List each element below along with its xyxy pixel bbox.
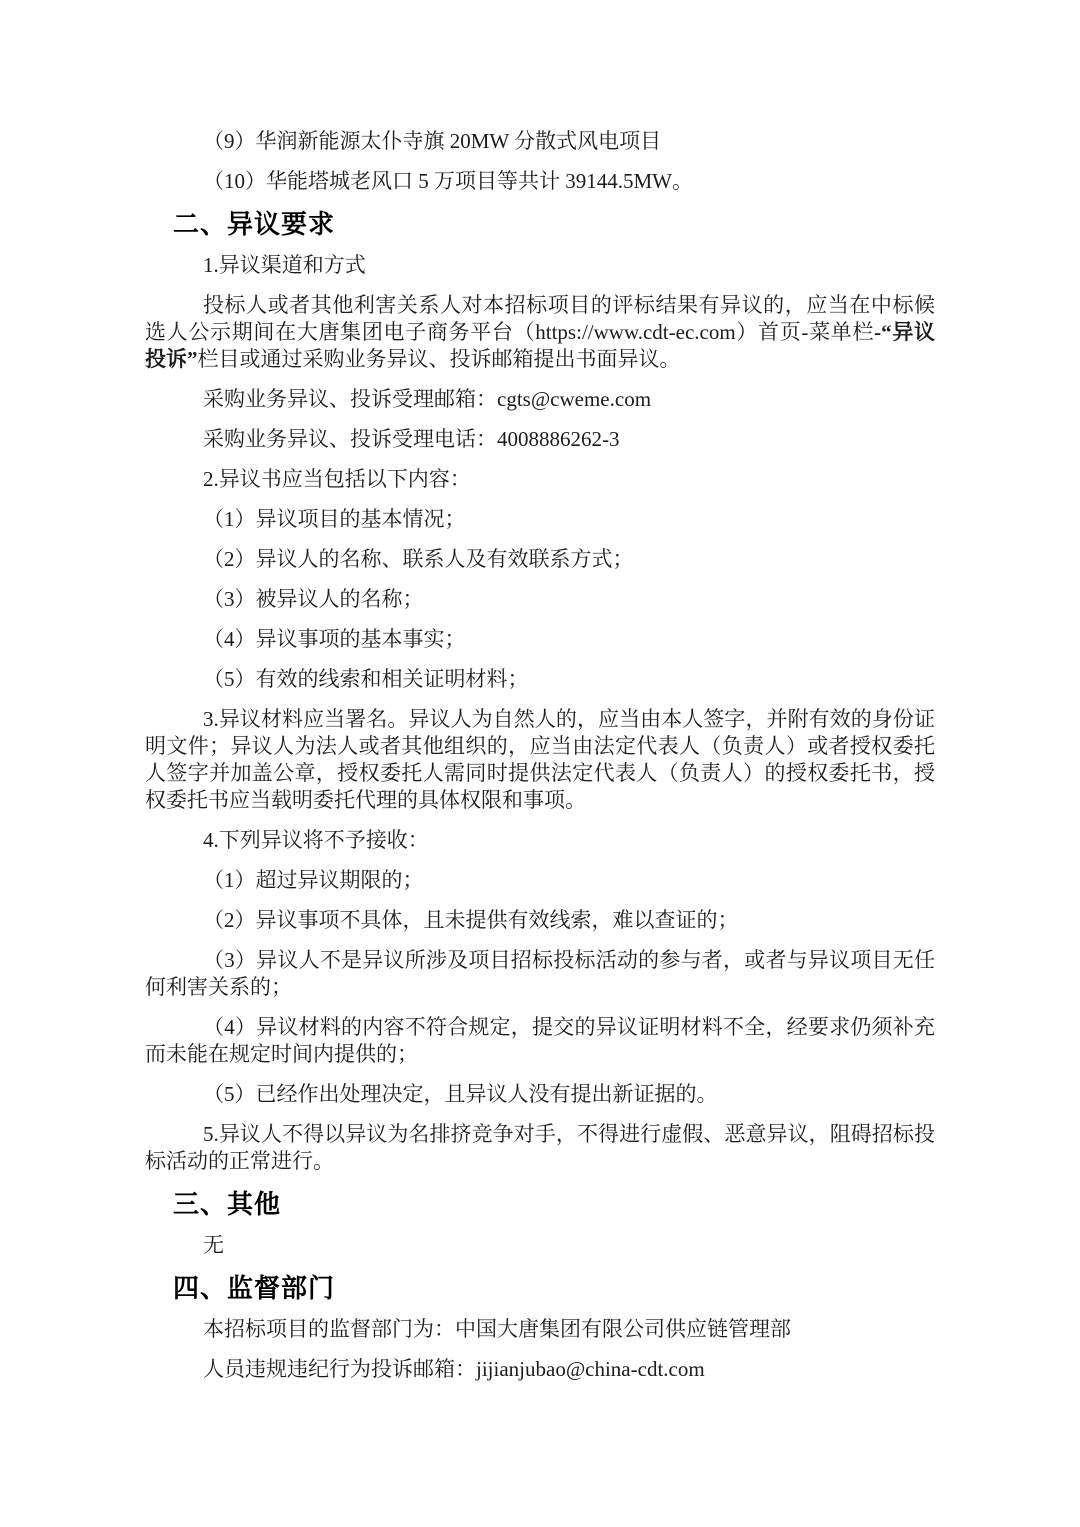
paragraph: 人员违规违纪行为投诉邮箱：jijianjubao@china-cdt.com bbox=[145, 1356, 935, 1383]
list-item: （3）异议人不是异议所涉及项目招标投标活动的参与者，或者与异议项目无任何利害关系… bbox=[145, 947, 935, 1001]
list-item: （1）超过异议期限的； bbox=[145, 867, 935, 894]
paragraph: 5.异议人不得以异议为名排挤竞争对手，不得进行虚假、恶意异议，阻碍招标投标活动的… bbox=[145, 1121, 935, 1175]
list-item: （10）华能塔城老风口 5 万项目等共计 39144.5MW。 bbox=[145, 168, 935, 195]
paragraph: 无 bbox=[145, 1232, 935, 1259]
list-item: （5）有效的线索和相关证明材料； bbox=[145, 666, 935, 693]
list-item: （9）华润新能源太仆寺旗 20MW 分散式风电项目 bbox=[145, 128, 935, 155]
paragraph: 采购业务异议、投诉受理邮箱：cgts@cweme.com bbox=[145, 386, 935, 413]
list-item: （2）异议人的名称、联系人及有效联系方式； bbox=[145, 546, 935, 573]
paragraph: 投标人或者其他利害关系人对本招标项目的评标结果有异议的，应当在中标候选人公示期间… bbox=[145, 292, 935, 373]
list-item: （1）异议项目的基本情况； bbox=[145, 506, 935, 533]
paragraph: 2.异议书应当包括以下内容： bbox=[145, 466, 935, 493]
paragraph: 3.异议材料应当署名。异议人为自然人的，应当由本人签字，并附有效的身份证明文件；… bbox=[145, 706, 935, 814]
section-heading: 二、异议要求 bbox=[145, 209, 935, 239]
list-item: （2）异议事项不具体，且未提供有效线索，难以查证的； bbox=[145, 907, 935, 934]
list-item: （4）异议事项的基本事实； bbox=[145, 626, 935, 653]
paragraph: 4.下列异议将不予接收： bbox=[145, 827, 935, 854]
document-page: （9）华润新能源太仆寺旗 20MW 分散式风电项目（10）华能塔城老风口 5 万… bbox=[0, 0, 1080, 1527]
section-heading: 三、其他 bbox=[145, 1189, 935, 1219]
list-item: （3）被异议人的名称； bbox=[145, 586, 935, 613]
paragraph: 采购业务异议、投诉受理电话：4008886262-3 bbox=[145, 426, 935, 453]
section-heading: 四、监督部门 bbox=[145, 1273, 935, 1303]
list-item: （4）异议材料的内容不符合规定，提交的异议证明材料不全，经要求仍须补充而未能在规… bbox=[145, 1014, 935, 1068]
document-body: （9）华润新能源太仆寺旗 20MW 分散式风电项目（10）华能塔城老风口 5 万… bbox=[145, 128, 935, 1383]
list-item: （5）已经作出处理决定，且异议人没有提出新证据的。 bbox=[145, 1081, 935, 1108]
text-run: 栏目或通过采购业务异议、投诉邮箱提出书面异议。 bbox=[198, 347, 681, 371]
text-run: 投标人或者其他利害关系人对本招标项目的评标结果有异议的，应当在中标候选人公示期间… bbox=[145, 293, 935, 344]
paragraph: 1.异议渠道和方式 bbox=[145, 252, 935, 279]
paragraph: 本招标项目的监督部门为：中国大唐集团有限公司供应链管理部 bbox=[145, 1316, 935, 1343]
